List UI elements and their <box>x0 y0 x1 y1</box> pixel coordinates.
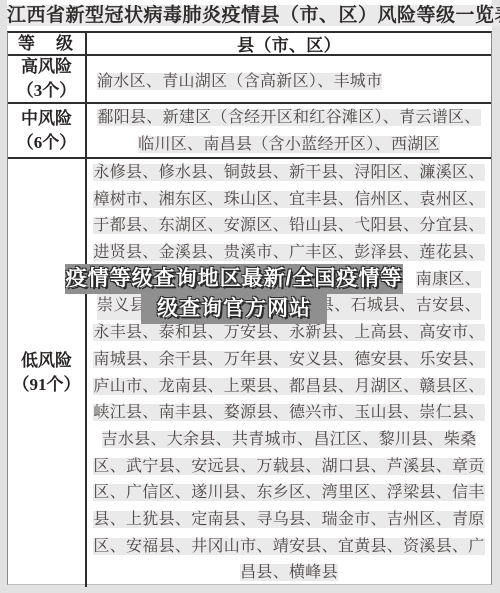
table-header-row: 等 级 县（市、区） <box>8 33 491 56</box>
page-title: 江西省新型冠状病毒肺炎疫情县（市、区）风险等级一览表 <box>7 3 492 31</box>
table-row-high-risk: 高风险 （3个） 渝水区、青山湖区（含高新区）、丰城市 <box>8 56 491 104</box>
watermark-overlay: 疫情等级查询地区最新/全国疫情等 级查询官方网站 <box>65 264 403 324</box>
county-line: 区、武宁县、安远县、万载县、湖口县、芦溪县、章贡 <box>87 454 491 481</box>
header-county-cell: 县（市、区） <box>87 33 491 54</box>
low-risk-label: 低风险 <box>21 349 72 373</box>
high-risk-count: （3个） <box>17 79 77 103</box>
low-risk-level-cell: 低风险 （91个） <box>8 159 87 587</box>
county-line: 昌县、横峰县 <box>87 560 491 587</box>
low-risk-counties-cell: 永修县、修水县、铜鼓县、新干县、浔阳区、濂溪区、 樟树市、湘东区、珠山区、宜丰县… <box>87 159 491 587</box>
medium-risk-label: 中风险 <box>21 107 72 131</box>
table-row-medium-risk: 中风险 （6个） 鄱阳县、新建区（含经开区和红谷滩区）、青云谱区、 临川区、南昌… <box>8 104 491 159</box>
county-line: 吉水县、大余县、共青城市、昌江区、黎川县、柴桑 <box>87 427 491 454</box>
county-line: 临川区、南昌县（含小蓝经开区）、西湖区 <box>87 131 491 158</box>
high-risk-label: 高风险 <box>21 55 72 79</box>
county-line: 峡江县、南丰县、婺源县、德兴市、玉山县、崇仁县、 <box>87 400 491 427</box>
medium-risk-level-cell: 中风险 （6个） <box>8 104 87 157</box>
watermark-line-1: 疫情等级查询地区最新/全国疫情等 <box>65 264 403 294</box>
county-line: 进贤县、金溪县、贵溪市、广丰区、彭泽县、莲花县、 <box>87 240 491 267</box>
medium-risk-count: （6个） <box>17 131 77 155</box>
county-line: 区、安福县、井冈山市、靖安县、宜黄县、资溪县、广 <box>87 534 491 561</box>
county-line: 庐山市、龙南县、上栗县、都昌县、月湖区、赣县区、 <box>87 374 491 401</box>
county-line: 永丰县、泰和县、万安县、永新县、上高县、高安市、 <box>87 320 491 347</box>
low-risk-count: （91个） <box>13 373 81 397</box>
county-line: 渝水区、青山湖区（含高新区）、丰城市 <box>97 68 491 91</box>
header-level-cell: 等 级 <box>8 33 87 54</box>
high-risk-level-cell: 高风险 （3个） <box>8 56 87 102</box>
table-row-low-risk: 低风险 （91个） 永修县、修水县、铜鼓县、新干县、浔阳区、濂溪区、 樟树市、湘… <box>8 159 491 587</box>
county-line: 县、上犹县、定南县、寻乌县、瑞金市、吉州区、青原 <box>87 507 491 534</box>
county-line: 南城县、余干县、万年县、安义县、德安县、乐安县、 <box>87 347 491 374</box>
page-title-text: 江西省新型冠状病毒肺炎疫情县（市、区）风险等级一览表 <box>7 5 500 26</box>
county-line: 鄱阳县、新建区（含经开区和红谷滩区）、青云谱区、 <box>87 104 491 131</box>
medium-risk-counties-cell: 鄱阳县、新建区（含经开区和红谷滩区）、青云谱区、 临川区、南昌县（含小蓝经开区）… <box>87 104 491 157</box>
county-line: 于都县、东湖区、安源区、铅山县、弋阳县、分宜县、 <box>87 213 491 240</box>
header-county-label: 县（市、区） <box>237 31 341 56</box>
watermark-line-2: 级查询官方网站 <box>141 294 327 324</box>
county-line: 樟树市、湘东区、珠山区、宜丰县、信州区、袁州区、 <box>87 187 491 214</box>
county-line: 永修县、修水县、铜鼓县、新干县、浔阳区、濂溪区、 <box>87 160 491 187</box>
high-risk-counties-cell: 渝水区、青山湖区（含高新区）、丰城市 <box>87 56 491 102</box>
screenshot-page: 江西省新型冠状病毒肺炎疫情县（市、区）风险等级一览表 等 级 县（市、区） 高风… <box>0 0 500 593</box>
county-line: 区、广信区、遂川县、东乡区、湾里区、浮梁县、信丰 <box>87 480 491 507</box>
